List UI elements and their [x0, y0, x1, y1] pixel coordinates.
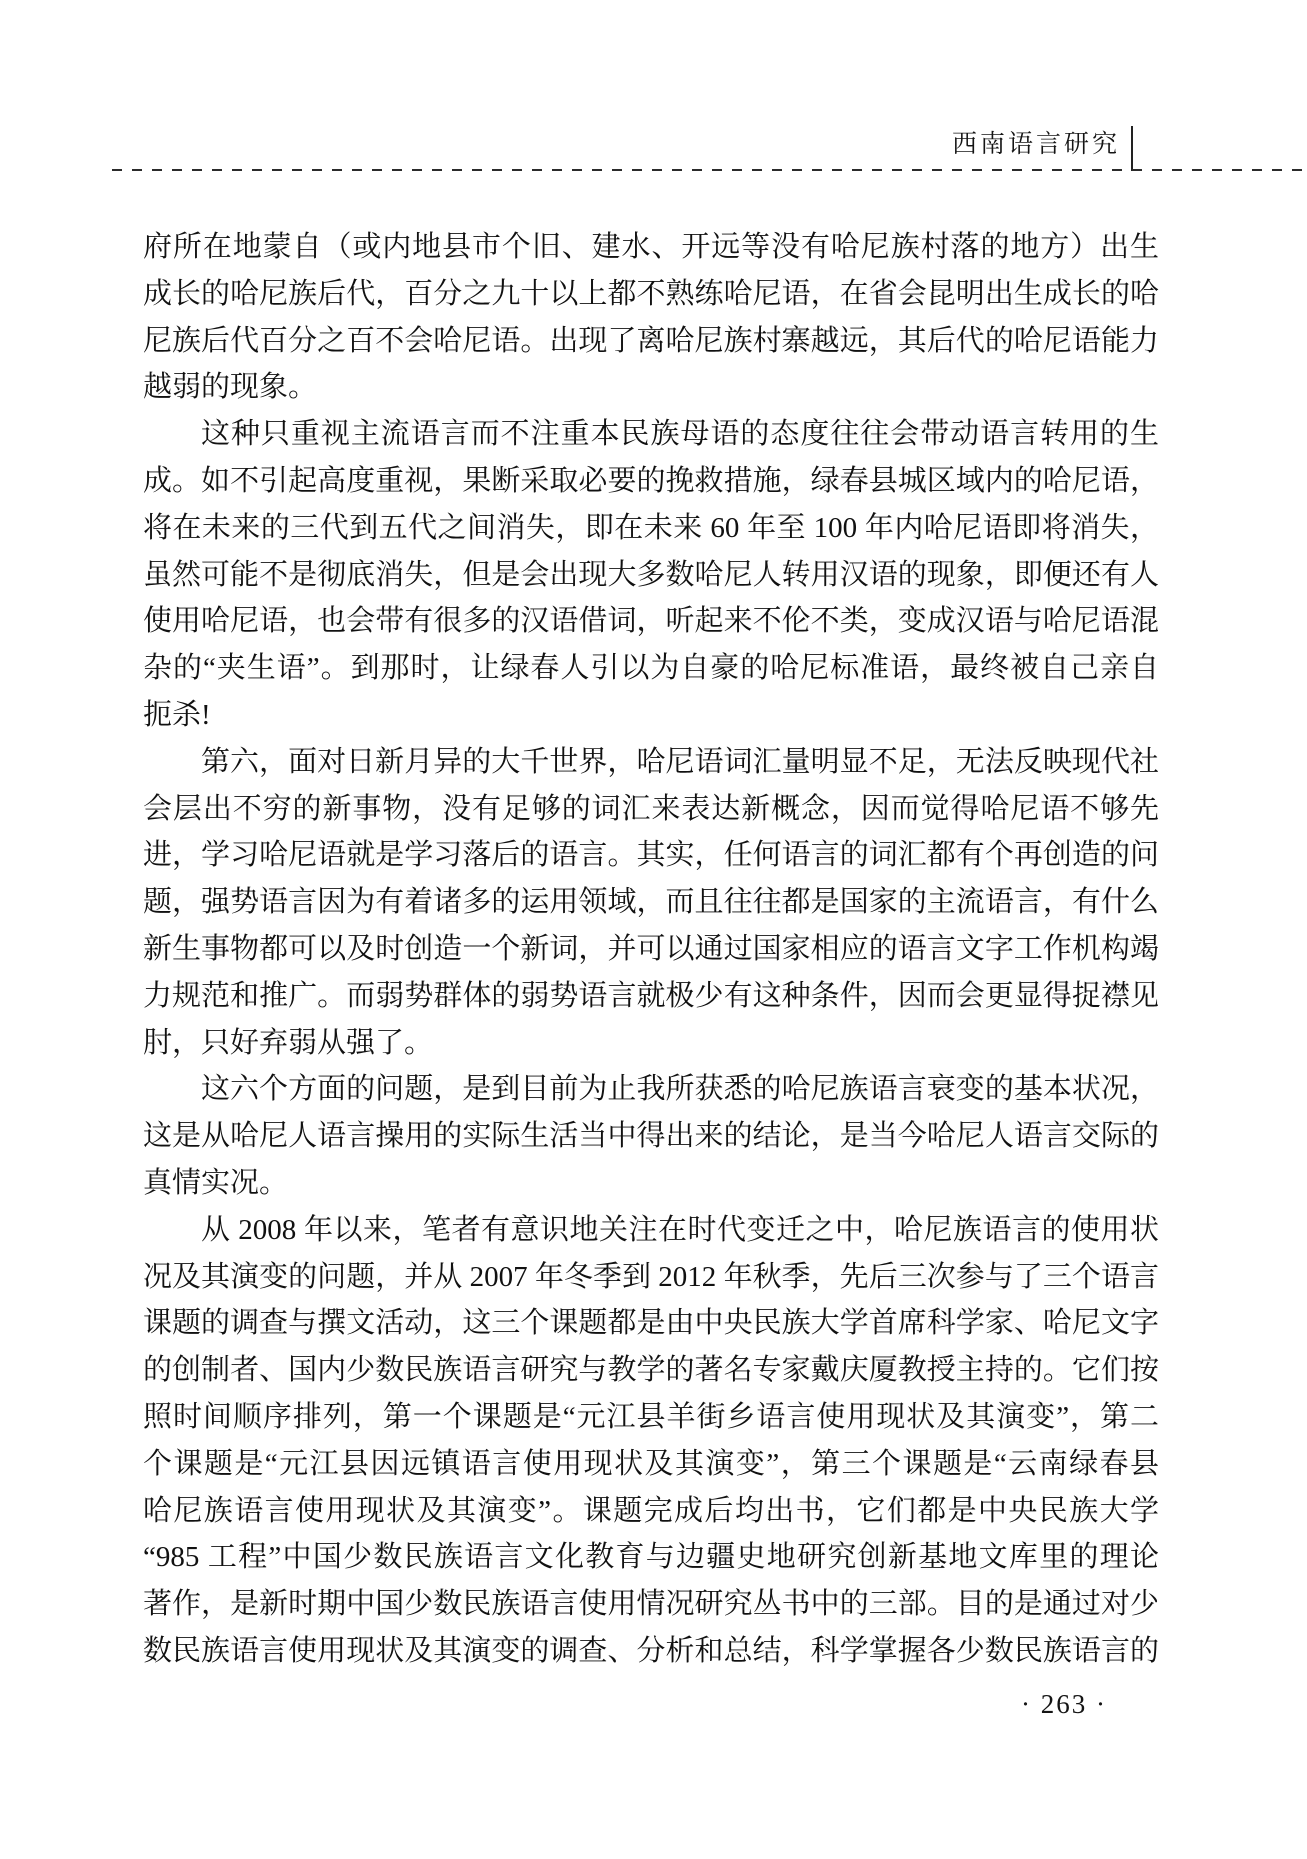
text-line: “985 工程”中国少数民族语言文化教育与边疆史地研究创新基地文库里的理论: [143, 1534, 1159, 1581]
text-line: 扼杀!: [143, 692, 1159, 739]
text-line: 杂的“夹生语”。到那时，让绿春人引以为自豪的哈尼标准语，最终被自己亲自: [143, 645, 1159, 692]
paragraph: 这种只重视主流语言而不注重本民族母语的态度往往会带动语言转用的生成。如不引起高度…: [143, 411, 1159, 739]
text-line: 这是从哈尼人语言操用的实际生活当中得出来的结论，是当今哈尼人语言交际的: [143, 1113, 1159, 1160]
paragraph: 府所在地蒙自（或内地县市个旧、建水、开远等没有哈尼族村落的地方）出生成长的哈尼族…: [143, 224, 1159, 411]
paragraph: 第六，面对日新月异的大千世界，哈尼语词汇量明显不足，无法反映现代社会层出不穷的新…: [143, 739, 1159, 1067]
text-line: 会层出不穷的新事物，没有足够的词汇来表达新概念，因而觉得哈尼语不够先: [143, 786, 1159, 833]
text-line: 越弱的现象。: [143, 364, 1159, 411]
text-line: 这种只重视主流语言而不注重本民族母语的态度往往会带动语言转用的生: [143, 411, 1159, 458]
text-line: 个课题是“元江县因远镇语言使用现状及其演变”，第三个课题是“云南绿春县: [143, 1441, 1159, 1488]
text-line: 数民族语言使用现状及其演变的调查、分析和总结，科学掌握各少数民族语言的: [143, 1628, 1159, 1675]
text-line: 况及其演变的问题，并从 2007 年冬季到 2012 年秋季，先后三次参与了三个…: [143, 1254, 1159, 1301]
text-line: 著作，是新时期中国少数民族语言使用情况研究丛书中的三部。目的是通过对少: [143, 1581, 1159, 1628]
text-line: 进，学习哈尼语就是学习落后的语言。其实，任何语言的词汇都有个再创造的问: [143, 832, 1159, 879]
text-line: 虽然可能不是彻底消失，但是会出现大多数哈尼人转用汉语的现象，即便还有人: [143, 552, 1159, 599]
text-line: 课题的调查与撰文活动，这三个课题都是由中央民族大学首席科学家、哈尼文字: [143, 1300, 1159, 1347]
header-vertical-rule: [1131, 126, 1133, 171]
page-number: · 263 ·: [1021, 1688, 1107, 1720]
text-line: 第六，面对日新月异的大千世界，哈尼语词汇量明显不足，无法反映现代社: [143, 739, 1159, 786]
paragraph: 这六个方面的问题，是到目前为止我所获悉的哈尼族语言衰变的基本状况，这是从哈尼人语…: [143, 1066, 1159, 1206]
text-line: 的创制者、国内少数民族语言研究与教学的著名专家戴庆厦教授主持的。它们按: [143, 1347, 1159, 1394]
text-line: 使用哈尼语，也会带有很多的汉语借词，听起来不伦不类，变成汉语与哈尼语混: [143, 598, 1159, 645]
text-line: 肘，只好弃弱从强了。: [143, 1020, 1159, 1067]
text-line: 府所在地蒙自（或内地县市个旧、建水、开远等没有哈尼族村落的地方）出生: [143, 224, 1159, 271]
header-dashed-rule: [112, 169, 1307, 171]
text-line: 从 2008 年以来，笔者有意识地关注在时代变迁之中，哈尼族语言的使用状: [143, 1207, 1159, 1254]
text-line: 成。如不引起高度重视，果断采取必要的挽救措施，绿春县城区域内的哈尼语，: [143, 458, 1159, 505]
running-head-title: 西南语言研究: [952, 131, 1120, 159]
text-line: 成长的哈尼族后代，百分之九十以上都不熟练哈尼语，在省会昆明出生成长的哈: [143, 271, 1159, 318]
page-body-text: 府所在地蒙自（或内地县市个旧、建水、开远等没有哈尼族村落的地方）出生成长的哈尼族…: [143, 224, 1159, 1675]
text-line: 这六个方面的问题，是到目前为止我所获悉的哈尼族语言衰变的基本状况，: [143, 1066, 1159, 1113]
text-line: 将在未来的三代到五代之间消失，即在未来 60 年至 100 年内哈尼语即将消失，: [143, 505, 1159, 552]
text-line: 题，强势语言因为有着诸多的运用领域，而且往往都是国家的主流语言，有什么: [143, 879, 1159, 926]
text-line: 新生事物都可以及时创造一个新词，并可以通过国家相应的语言文字工作机构竭: [143, 926, 1159, 973]
text-line: 照时间顺序排列，第一个课题是“元江县羊街乡语言使用现状及其演变”，第二: [143, 1394, 1159, 1441]
book-page: 西南语言研究 府所在地蒙自（或内地县市个旧、建水、开远等没有哈尼族村落的地方）出…: [0, 0, 1307, 1859]
text-line: 真情实况。: [143, 1160, 1159, 1207]
text-line: 尼族后代百分之百不会哈尼语。出现了离哈尼族村寨越远，其后代的哈尼语能力: [143, 318, 1159, 365]
text-line: 哈尼族语言使用现状及其演变”。课题完成后均出书，它们都是中央民族大学: [143, 1488, 1159, 1535]
text-line: 力规范和推广。而弱势群体的弱势语言就极少有这种条件，因而会更显得捉襟见: [143, 973, 1159, 1020]
paragraph: 从 2008 年以来，笔者有意识地关注在时代变迁之中，哈尼族语言的使用状况及其演…: [143, 1207, 1159, 1675]
